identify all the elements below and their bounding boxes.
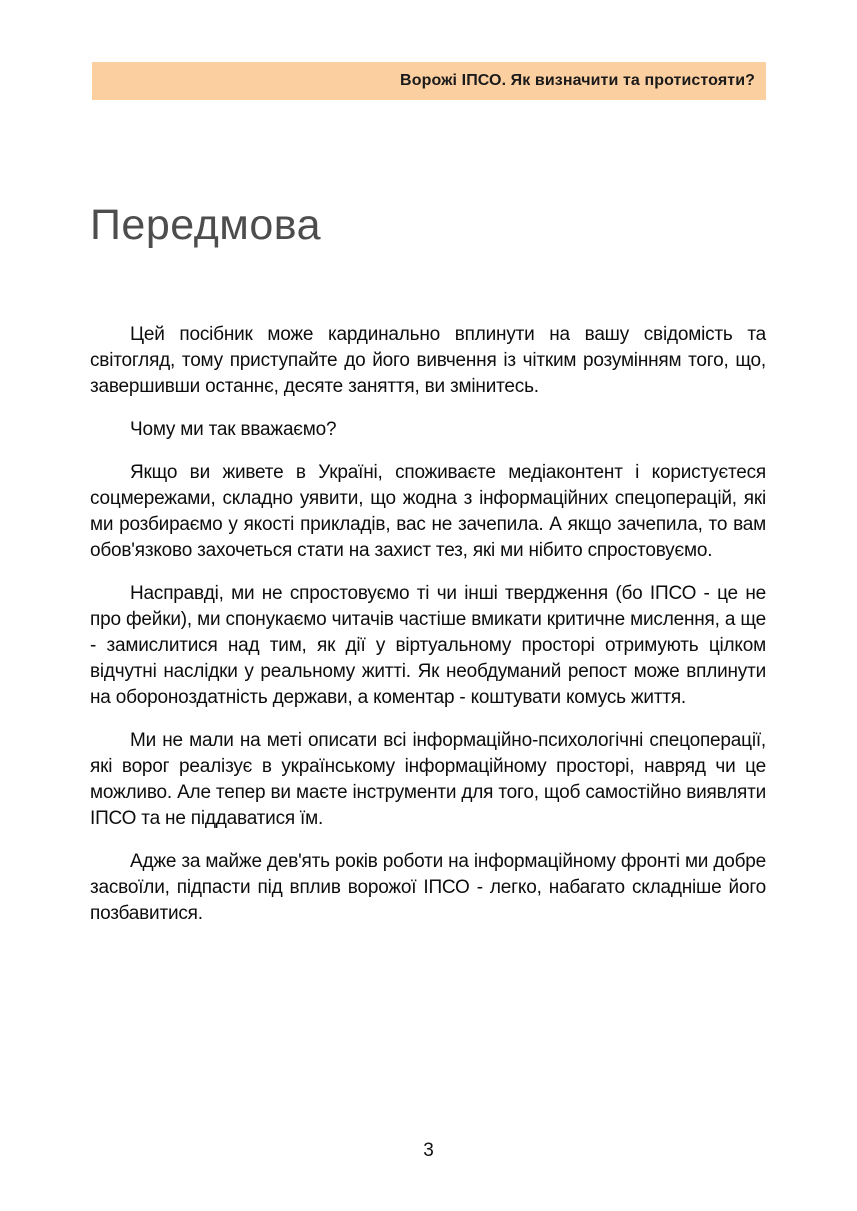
page-title: Передмова <box>90 201 321 250</box>
document-page: Ворожі ІПСО. Як визначити та протистояти… <box>0 0 857 1211</box>
paragraph: Якщо ви живете в Україні, споживаєте мед… <box>90 460 766 564</box>
running-header-band: Ворожі ІПСО. Як визначити та протистояти… <box>92 62 766 100</box>
paragraph: Чому ми так вважаємо? <box>90 417 766 443</box>
body-text: Цей посібник може кардинально вплинути н… <box>90 322 766 944</box>
paragraph: Насправді, ми не спростовуємо ті чи інші… <box>90 581 766 711</box>
page-number: 3 <box>0 1140 857 1162</box>
running-header-text: Ворожі ІПСО. Як визначити та протистояти… <box>400 72 755 90</box>
paragraph: Адже за майже дев'ять років роботи на ін… <box>90 849 766 927</box>
paragraph: Цей посібник може кардинально вплинути н… <box>90 322 766 400</box>
paragraph: Ми не мали на меті описати всі інформаці… <box>90 728 766 832</box>
